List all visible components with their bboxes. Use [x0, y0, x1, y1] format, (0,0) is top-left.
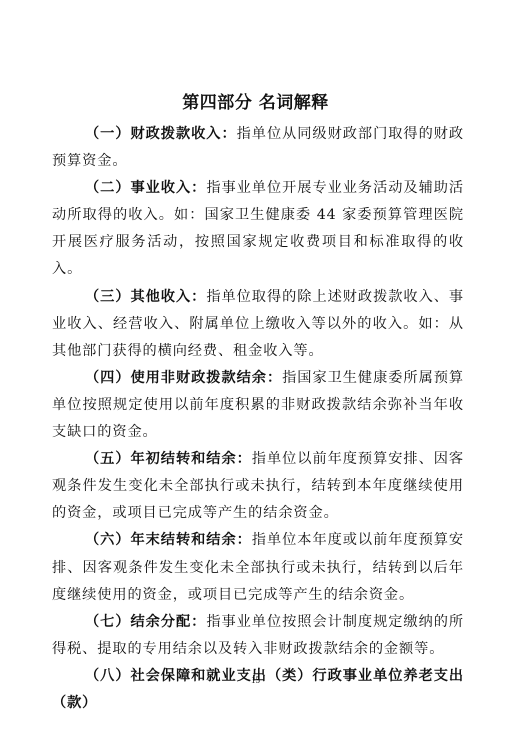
- term-label: （一）财政拨款收入：: [85, 126, 237, 142]
- term-label: （三）其他收入：: [85, 289, 206, 305]
- definition-paragraph-4: （四）使用非财政拨款结余：指国家卫生健康委所属预算单位按照规定使用以前年度积累的…: [52, 365, 464, 446]
- definition-paragraph-3: （三）其他收入：指单位取得的除上述财政拨款收入、事业收入、经营收入、附属单位上缴…: [52, 284, 464, 365]
- document-body: （一）财政拨款收入：指单位从同级财政部门取得的财政预算资金。 （二）事业收入：指…: [52, 121, 464, 717]
- term-label: （五）年初结转和结余：: [85, 451, 252, 467]
- term-label: （七）结余分配：: [85, 614, 206, 630]
- definition-paragraph-1: （一）财政拨款收入：指单位从同级财政部门取得的财政预算资金。: [52, 121, 464, 175]
- term-label: （四）使用非财政拨款结余：: [85, 370, 282, 386]
- term-label: （六）年末结转和结余：: [85, 532, 252, 548]
- definition-paragraph-8: （八）社会保障和就业支出（类）行政事业单位养老支出（款）: [52, 663, 464, 717]
- definition-paragraph-2: （二）事业收入：指事业单位开展专业业务活动及辅助活动所取得的收入。如：国家卫生健…: [52, 175, 464, 283]
- term-label: （二）事业收入：: [85, 180, 206, 196]
- page-number: 15: [0, 675, 511, 685]
- page-title: 第四部分 名词解释: [0, 88, 511, 113]
- definition-paragraph-7: （七）结余分配：指事业单位按照会计制度规定缴纳的所得税、提取的专用结余以及转入非…: [52, 609, 464, 663]
- definition-paragraph-6: （六）年末结转和结余：指单位本年度或以前年度预算安排、因客观条件发生变化未全部执…: [52, 527, 464, 608]
- definition-paragraph-5: （五）年初结转和结余：指单位以前年度预算安排、因客观条件发生变化未全部执行或未执…: [52, 446, 464, 527]
